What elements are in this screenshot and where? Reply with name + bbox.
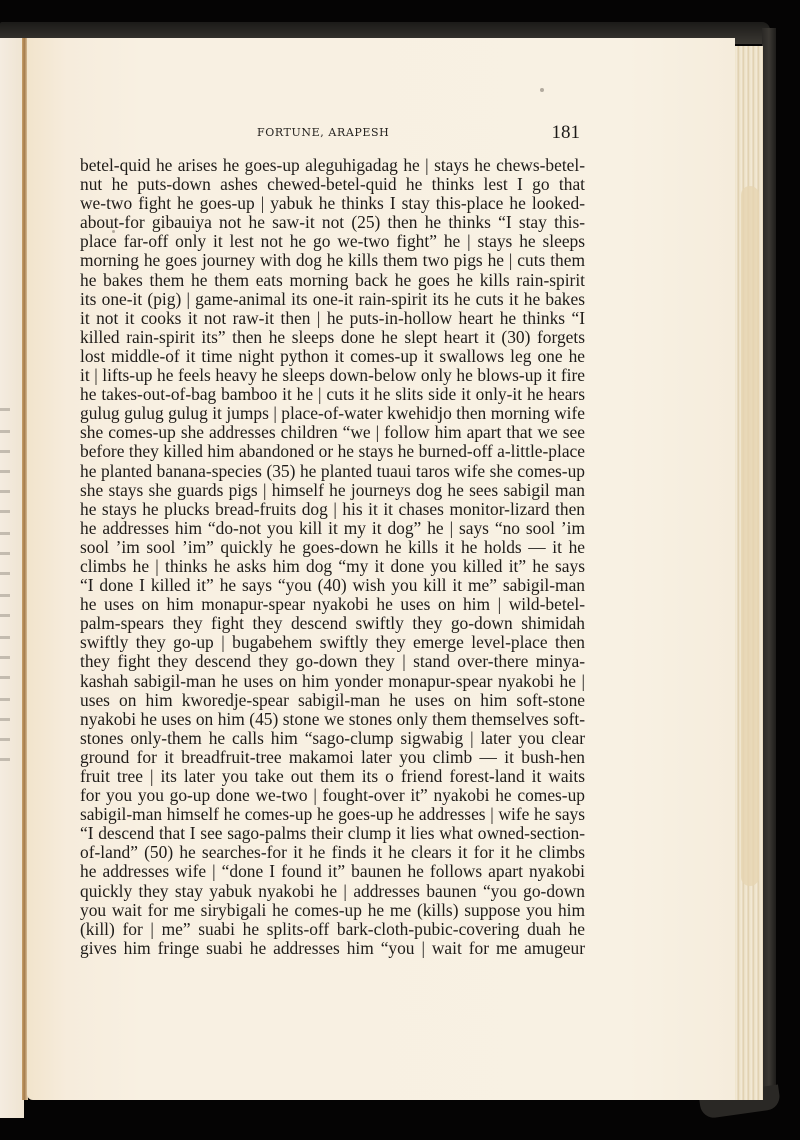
text-line: climbs he | thinks he asks him dog “my i…: [80, 557, 585, 576]
text-line: “I descend that I see sago-palms their c…: [80, 824, 585, 843]
text-line: morning he goes journey with dog he kill…: [80, 251, 585, 270]
text-line: nyakobi he uses on him (45) stone we sto…: [80, 710, 585, 729]
text-line: we-two fight he goes-up | yabuk he think…: [80, 194, 585, 213]
page-fore-edge: [735, 46, 763, 1100]
running-head-title: FORTUNE, ARAPESH: [257, 126, 389, 139]
text-line: they fight they descend they go-down the…: [80, 652, 585, 671]
text-line: it | lifts-up he feels heavy he sleeps d…: [80, 366, 585, 385]
text-line: place far-off only it lest not he go we-…: [80, 232, 585, 251]
text-line: he takes-out-of-bag bamboo it he | cuts …: [80, 385, 585, 404]
text-line: lost middle-of it time night python it c…: [80, 347, 585, 366]
book-photograph: FORTUNE, ARAPESH 181 betel-quid he arise…: [0, 0, 800, 1140]
text-line: before they killed him abandoned or he s…: [80, 442, 585, 461]
text-line: gulug gulug gulug it jumps | place-of-wa…: [80, 404, 585, 423]
text-line: (kill) for | me” suabi he splits-off bar…: [80, 920, 585, 939]
text-line: she comes-up she addresses children “we …: [80, 423, 585, 442]
text-line: swiftly they go-up | bugabehem swiftly t…: [80, 633, 585, 652]
water-stain: [741, 186, 759, 886]
text-line: about-for gibauiya not he saw-it not (25…: [80, 213, 585, 232]
text-line: fruit tree | its later you take out them…: [80, 767, 585, 786]
book-binding-right: [762, 28, 776, 1098]
text-line: ground for it breadfruit-tree makamoi la…: [80, 748, 585, 767]
text-line: you wait for me sirybigali he comes-up h…: [80, 901, 585, 920]
text-line: quickly they stay yabuk nyakobi he | add…: [80, 882, 585, 901]
text-line: gives him fringe suabi he addresses him …: [80, 939, 585, 958]
text-line: palm-spears they fight they descend swif…: [80, 614, 585, 633]
text-line: he planted banana-species (35) he plante…: [80, 462, 585, 481]
text-line: its one-it (pig) | game-animal its one-i…: [80, 290, 585, 309]
text-line: stones only-them he calls him “sago-clum…: [80, 729, 585, 748]
facing-page-edge: [0, 38, 24, 1118]
text-line: he uses on him monapur-spear nyakobi he …: [80, 595, 585, 614]
running-head: FORTUNE, ARAPESH 181: [80, 122, 600, 146]
text-line: kashah sabigil-man he uses on him yonder…: [80, 672, 585, 691]
text-line: he addresses him “do-not you kill it my …: [80, 519, 585, 538]
text-line: nut he puts-down ashes chewed-betel-quid…: [80, 175, 585, 194]
text-line: for you you go-up done we-two | fought-o…: [80, 786, 585, 805]
text-line: killed rain-spirit its” then he sleeps d…: [80, 328, 585, 347]
text-line: sabigil-man himself he comes-up he goes-…: [80, 805, 585, 824]
text-line: of-land” (50) he searches-for it he find…: [80, 843, 585, 862]
text-line: he stays he plucks bread-fruits dog | hi…: [80, 500, 585, 519]
text-line: “I done I killed it” he says “you (40) w…: [80, 576, 585, 595]
paper-speck: [540, 88, 544, 92]
page-number: 181: [552, 122, 581, 144]
text-line: she stays she guards pigs | himself he j…: [80, 481, 585, 500]
text-line: he bakes them he them eats morning back …: [80, 271, 585, 290]
text-line: uses on him kworedje-spear sabigil-man h…: [80, 691, 585, 710]
text-line: it not it cooks it not raw-it then | he …: [80, 309, 585, 328]
text-line: betel-quid he arises he goes-up aleguhig…: [80, 156, 585, 175]
body-text: betel-quid he arises he goes-up aleguhig…: [80, 156, 585, 958]
text-line: sool ’im sool ’im” quickly he goes-down …: [80, 538, 585, 557]
text-line: he addresses wife | “done I found it” ba…: [80, 862, 585, 881]
